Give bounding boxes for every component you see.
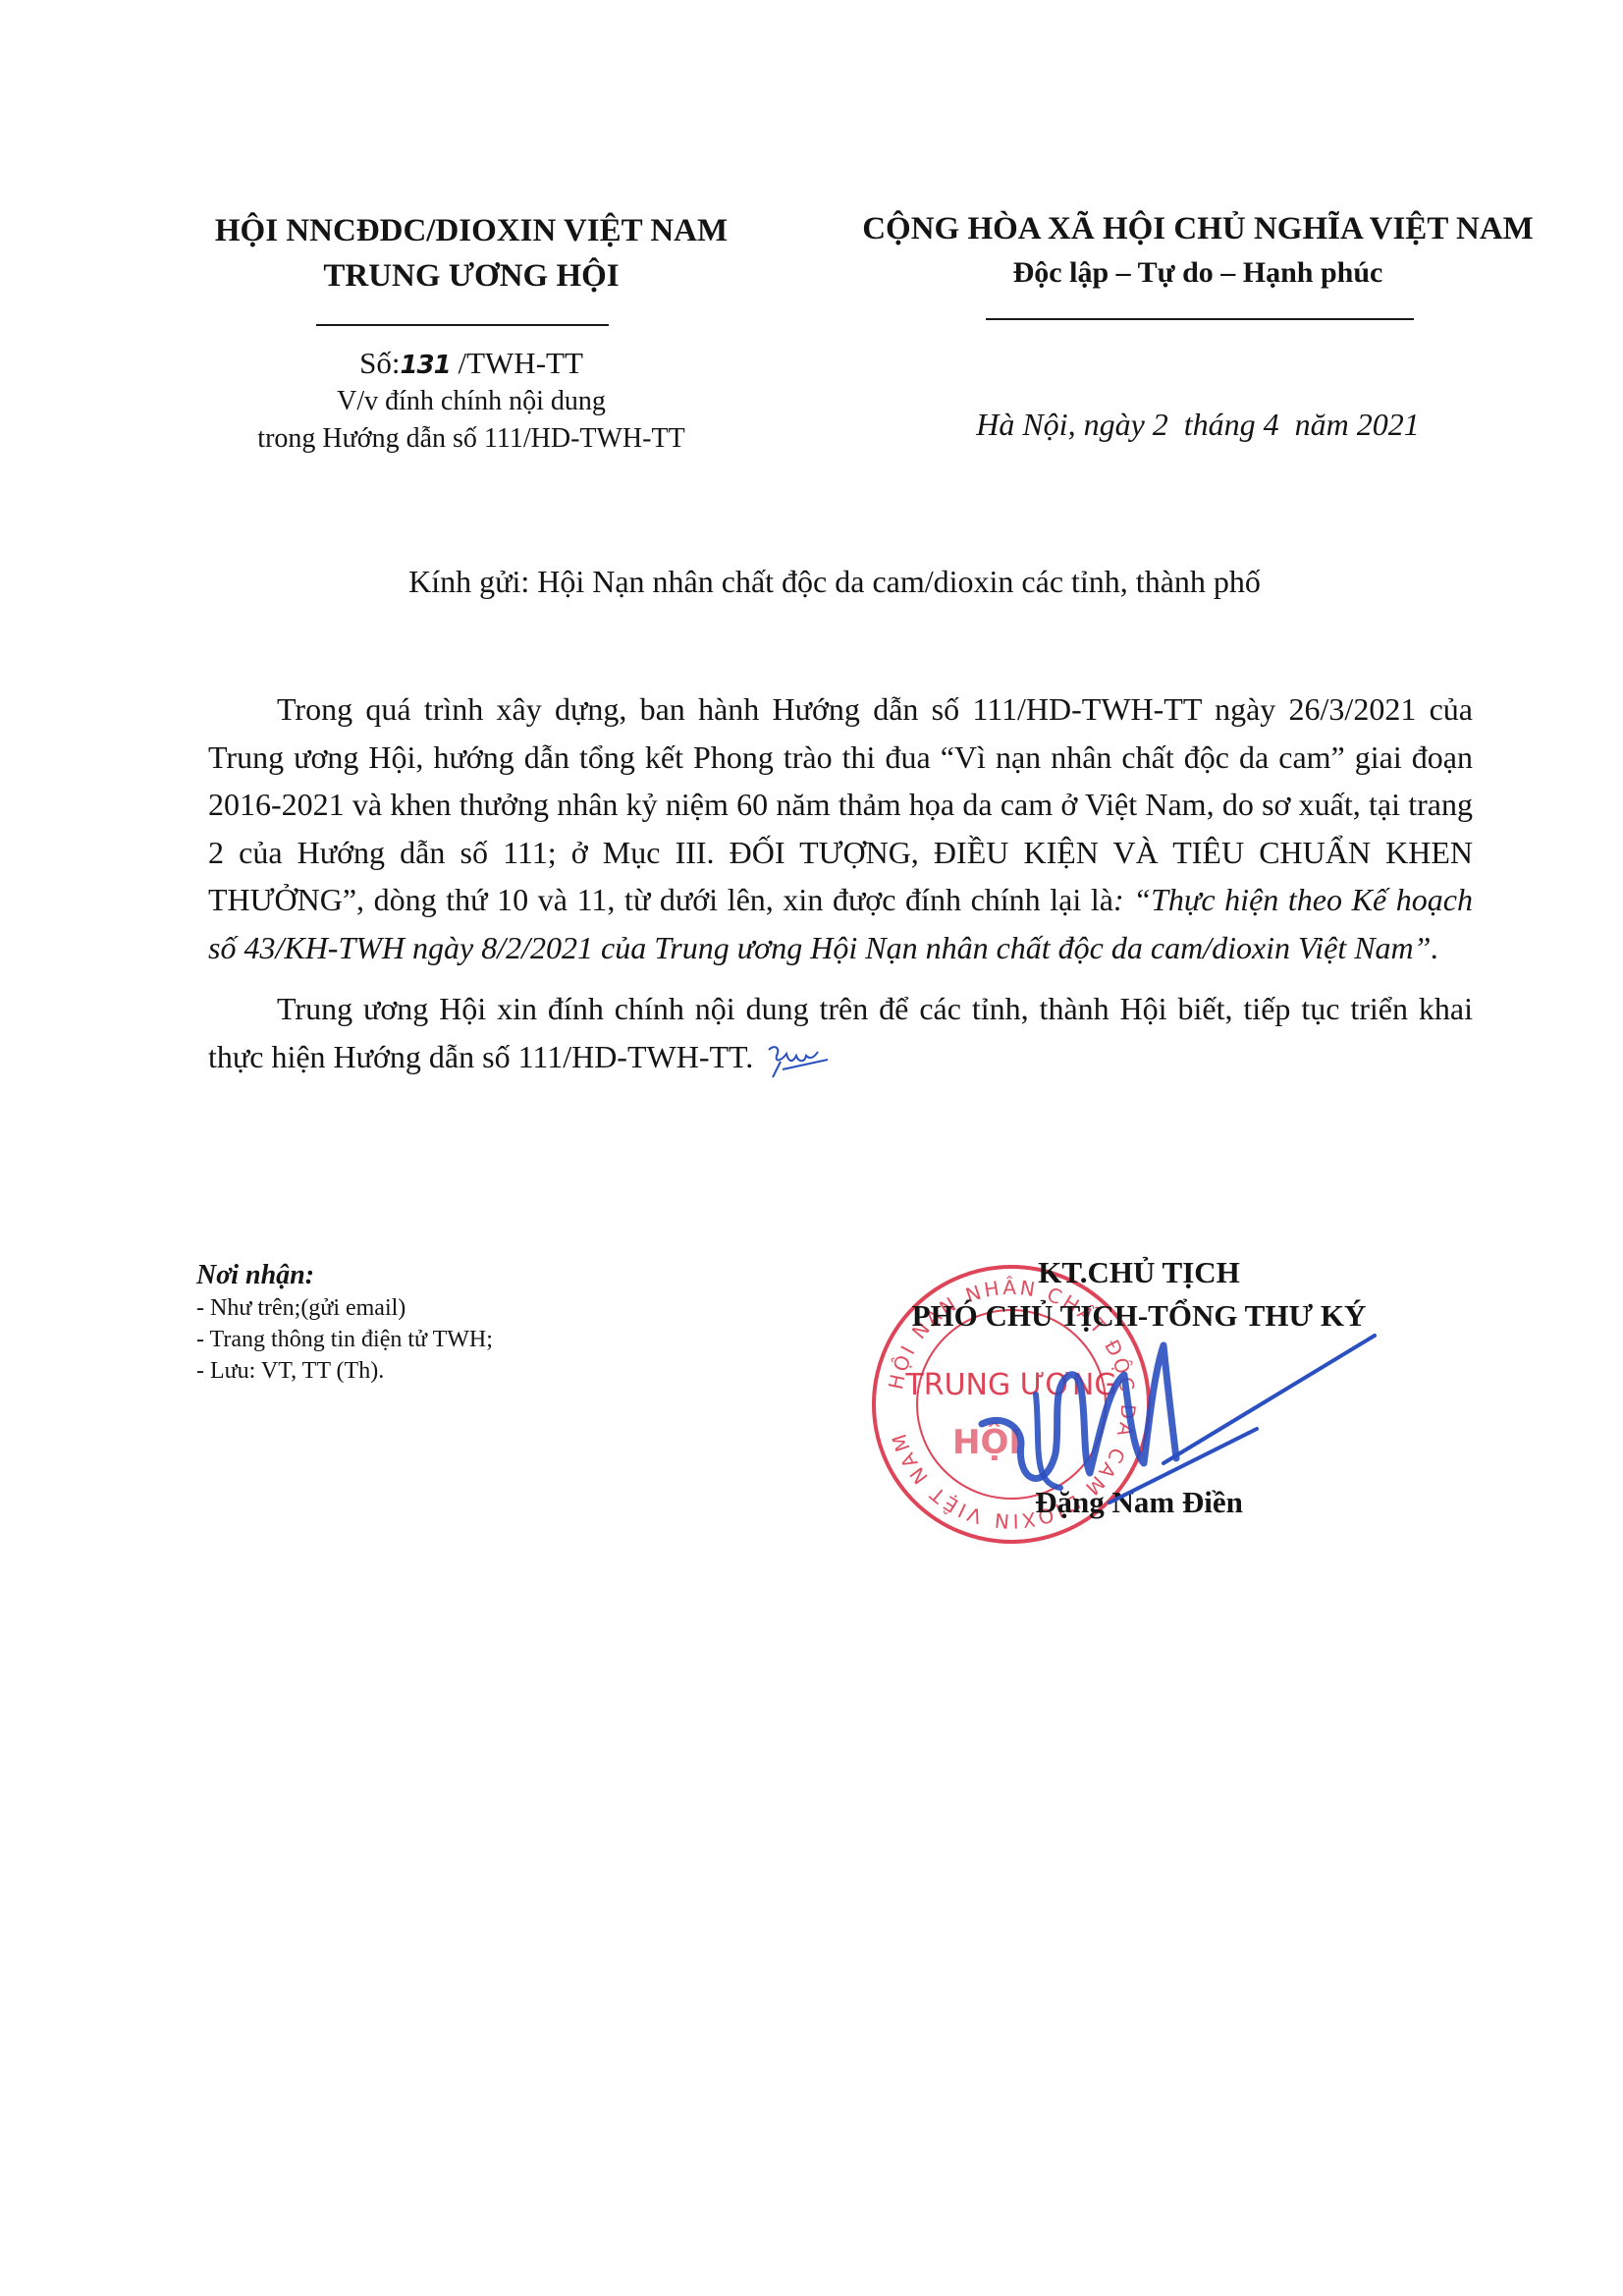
body-paragraph-1: Trong quá trình xây dựng, ban hành Hướng… bbox=[208, 685, 1473, 971]
org-name-line2: TRUNG ƯƠNG HỘI bbox=[167, 253, 776, 299]
body-paragraph-2: Trung ương Hội xin đính chính nội dung t… bbox=[208, 985, 1473, 1080]
handwritten-signature-icon bbox=[962, 1316, 1394, 1512]
left-header-divider bbox=[316, 324, 609, 326]
distribution-item: - Lưu: VT, TT (Th). bbox=[196, 1355, 687, 1387]
subject-line1: V/v đính chính nội dung bbox=[167, 383, 776, 420]
doc-number-prefix: Số: bbox=[359, 346, 400, 380]
date-line: Hà Nội, ngày 2 tháng 4 năm 2021 bbox=[805, 407, 1591, 443]
distribution-item: - Trang thông tin điện tử TWH; bbox=[196, 1324, 687, 1355]
document-body: Trong quá trình xây dựng, ban hành Hướng… bbox=[208, 685, 1473, 1080]
document-number: Số:131 /TWH-TT bbox=[167, 344, 776, 385]
national-header: CỘNG HÒA XÃ HỘI CHỦ NGHĨA VIỆT NAM Độc l… bbox=[805, 206, 1591, 295]
document-subject: V/v đính chính nội dung trong Hướng dẫn … bbox=[167, 383, 776, 458]
issuing-organization: HỘI NNCĐDC/DIOXIN VIỆT NAM TRUNG ƯƠNG HỘ… bbox=[167, 208, 776, 299]
right-header-divider bbox=[986, 318, 1414, 320]
subject-line2: trong Hướng dẫn số 111/HD-TWH-TT bbox=[167, 420, 776, 458]
distribution-item: - Như trên;(gửi email) bbox=[196, 1292, 687, 1324]
org-name-line1: HỘI NNCĐDC/DIOXIN VIỆT NAM bbox=[167, 208, 776, 253]
distribution-title: Nơi nhận: bbox=[196, 1259, 687, 1292]
doc-number-suffix: /TWH-TT bbox=[459, 346, 583, 380]
doc-number-handwritten: 131 bbox=[400, 351, 450, 380]
recipient-line: Kính gửi: Hội Nạn nhân chất độc da cam/d… bbox=[245, 564, 1424, 600]
paragraph2-text: Trung ương Hội xin đính chính nội dung t… bbox=[208, 991, 1473, 1074]
distribution-list: Nơi nhận: - Như trên;(gửi email) - Trang… bbox=[196, 1259, 687, 1387]
signer-role-line1: KT.CHỦ TỊCH bbox=[844, 1251, 1434, 1294]
handwritten-initial-icon bbox=[763, 1040, 832, 1079]
national-title: CỘNG HÒA XÃ HỘI CHỦ NGHĨA VIỆT NAM bbox=[805, 206, 1591, 251]
national-motto: Độc lập – Tự do – Hạnh phúc bbox=[805, 251, 1591, 295]
